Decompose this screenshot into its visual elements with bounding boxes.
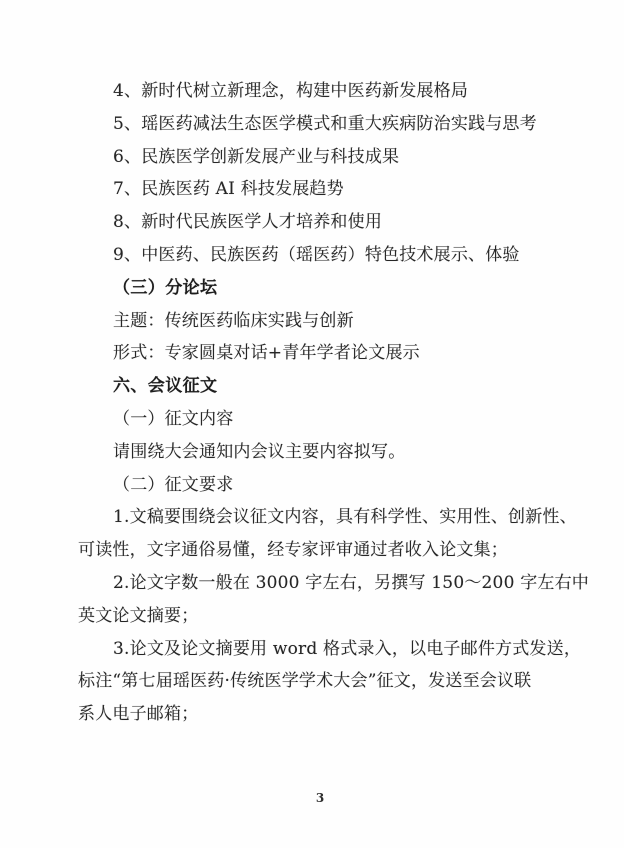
text-line: 系人电子邮箱； [78, 698, 618, 731]
text-line: 5、瑶医药减法生态医学模式和重大疾病防治实践与思考 [78, 108, 618, 141]
heading-line: 六、会议征文 [78, 370, 618, 403]
text-line: 4、新时代树立新理念，构建中医药新发展格局 [78, 75, 618, 108]
text-line: （二）征文要求 [78, 469, 618, 502]
text-line: 2.论文字数一般在 3000 字左右，另撰写 150～200 字左右中 [78, 567, 618, 600]
text-line: 9、中医药、民族医药（瑶医药）特色技术展示、体验 [78, 239, 618, 272]
text-line: 3.论文及论文摘要用 word 格式录入，以电子邮件方式发送， [78, 633, 618, 666]
heading-line: （三）分论坛 [78, 272, 618, 305]
text-line: 可读性，文字通俗易懂，经专家评审通过者收入论文集； [78, 534, 618, 567]
text-line: 形式：专家圆桌对话+青年学者论文展示 [78, 337, 618, 370]
document-body: 4、新时代树立新理念，构建中医药新发展格局5、瑶医药减法生态医学模式和重大疾病防… [78, 75, 618, 731]
text-line: （一）征文内容 [78, 403, 618, 436]
text-line: 7、民族医药 AI 科技发展趋势 [78, 173, 618, 206]
page-number: 3 [8, 791, 624, 805]
text-line: 标注“第七届瑶医药·传统医学学术大会”征文，发送至会议联 [78, 665, 618, 698]
text-line: 6、民族医学创新发展产业与科技成果 [78, 141, 618, 174]
text-line: 8、新时代民族医学人才培养和使用 [78, 206, 618, 239]
text-line: 英文论文摘要； [78, 600, 618, 633]
document-page: 4、新时代树立新理念，构建中医药新发展格局5、瑶医药减法生态医学模式和重大疾病防… [0, 0, 624, 848]
text-line: 1.文稿要围绕会议征文内容，具有科学性、实用性、创新性、 [78, 501, 618, 534]
text-line: 请围绕大会通知内会议主要内容拟写。 [78, 436, 618, 469]
text-line: 主题：传统医药临床实践与创新 [78, 305, 618, 338]
